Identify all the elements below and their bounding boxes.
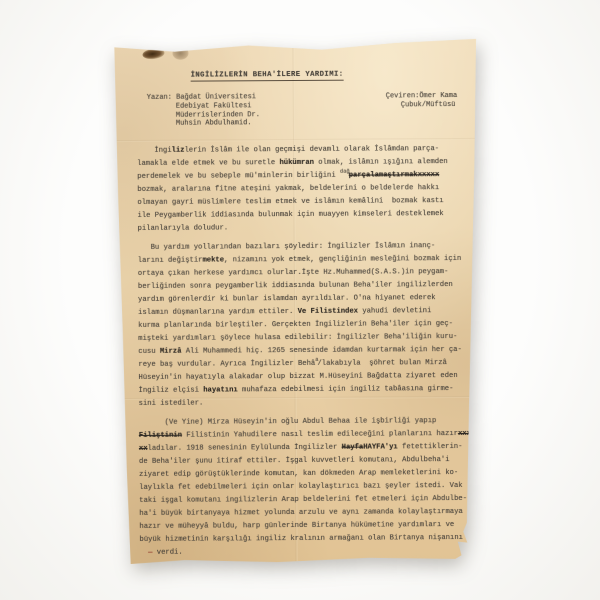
text-segment: Filistinin Yahudilere nasıl teslim edile… [182, 430, 458, 440]
corrected-text: parçalamaştırmakxxxxx [349, 171, 440, 180]
text-segment: İngiliz elçisi [139, 387, 204, 395]
corrected-text: Mirzâ [160, 348, 182, 356]
author-line: Muhsin Abdulhamid. [176, 120, 260, 129]
text-segment: yahudi devletini [358, 307, 431, 315]
text-segment: fetettiklerin- [398, 443, 463, 451]
text-segment: taki işgal komutanı ingilizlerin Arap be… [139, 495, 467, 505]
red-pencil-mark: — [140, 549, 157, 557]
text-line: — verdi. [139, 545, 473, 560]
corrected-text: Filiştinin [139, 432, 182, 440]
text-segment: kurma planlarında birleştiler. Gerçekten… [138, 320, 453, 330]
text-segment: berliğinden sonra peygamberlik iddiasınd… [138, 281, 453, 291]
text-segment: lamakla elde etmek ve bu suretle [137, 159, 279, 168]
text-segment: büyük hizmetinin karşılığı ingiliz kralı… [139, 534, 463, 544]
text-line: İngiliz elçisi hayatını muhafaza edebilm… [139, 383, 473, 398]
corrected-text: Hayfa [342, 444, 364, 452]
text-segment: Hüseyin'in hayatıyla alakadar olup bizza… [138, 372, 457, 382]
text-segment: Bu yardım yollarından bazıları şöyledir:… [138, 242, 436, 252]
text-segment: bozmak, aralarına fitne ateşini yakmak, … [137, 184, 439, 194]
author-block: Yazan: Bağdat Üniversitesi Edebiyat Fakü… [147, 93, 260, 129]
text-segment: islamın düşmanlarına yardım ettiler. [138, 308, 298, 317]
author-line: Yazan: Bağdat Üniversitesi [147, 93, 260, 102]
text-line: pilanlarıyla doludur. [138, 221, 472, 236]
text-segment: pilanlarıyla doludur. [138, 224, 229, 233]
text-segment: reye baş vurdular. Ayrıca İngilizler Beh… [138, 360, 315, 369]
text-segment: muhafaza edebilmesi için ingiliz tabâası… [238, 385, 454, 394]
translator-line: Çubuk/Müftüsü [401, 101, 457, 110]
corrected-text: xx [139, 445, 148, 453]
text-segment: ortaya çıkan herkese yardımcı olurlar.İş… [138, 268, 449, 278]
text-segment: yardım görenlerdir ki bunlar islamdan ay… [138, 294, 436, 304]
corrected-text: xxx [458, 430, 471, 438]
translator-block: Çeviren:Ömer Kama Çubuk/Müftüsü [386, 92, 458, 110]
text-segment: laylıkla fet edebilmeleri için onlar kol… [139, 482, 463, 492]
text-segment: , nizamını yok etmek, gençliğinin mesleğ… [224, 255, 461, 264]
text-segment: cusu [138, 348, 160, 356]
text-segment: (Ve Yine) Mirza Hüseyin'in oğlu Abdul Be… [139, 417, 437, 427]
corrected-text: a [315, 354, 318, 367]
text-segment: perdemelek ve bu sebeple mü'minlerin bir… [137, 172, 340, 181]
paragraph: İngilizlerin İslâm ile olan geçmişi deva… [137, 143, 472, 236]
text-segment: /lakabıyla şöhret bulan Mirzâ [317, 359, 446, 368]
document-body: İngilizlerin İslâm ile olan geçmişi deva… [137, 143, 474, 560]
text-segment: ha'i büyük birtanyaya hizmet yolunda arz… [139, 508, 463, 518]
text-segment: larını değiştir [138, 257, 203, 265]
translator-line: Çeviren:Ömer Kama [386, 92, 457, 101]
text-segment: mişteki yardımları şöylece hulasa edileb… [138, 333, 457, 343]
text-segment: lerin İslâm ile olan geçmişi devamlı ola… [185, 145, 440, 155]
text-line: ile Peygamberlik iddiasında bulunmak içi… [137, 208, 471, 223]
text-segment: İngi [137, 147, 172, 155]
corrected-text: liz [172, 147, 185, 155]
corrected-text: HAYFA'yı [363, 443, 398, 451]
corrected-text: mekte [202, 256, 224, 264]
text-segment: hazır ve müheyyâ buldu, harp günlerinde … [139, 521, 454, 531]
text-segment: olmayan gayri müslimlere teslim etmek ve… [137, 197, 443, 207]
text-segment: ile Peygamberlik iddiasında bulunmak içi… [137, 210, 443, 220]
text-segment: verdi. [157, 549, 183, 557]
text-line: büyük hizmetinin karşılığı ingiliz kralı… [139, 532, 473, 547]
corrected-text: Ve Filistindex [298, 308, 358, 316]
text-segment: Ali Muhammedi hiç. 1265 senesinde idamda… [181, 346, 461, 356]
text-segment: sini istediler. [139, 400, 204, 408]
paragraph: (Ve Yine) Mirza Hüseyin'in oğlu Abdul Be… [139, 415, 474, 560]
text-segment: ladılar. 1918 senesinin Eylülunda İngili… [148, 444, 342, 453]
author-line: Edebiyat Fakültesi [176, 102, 260, 111]
staple-stain-right [172, 47, 188, 60]
text-segment: olmak, islâmın ışığını alemden [314, 158, 448, 167]
corrected-text: dağ [340, 166, 350, 179]
corrected-text: hükümran [279, 159, 314, 167]
page-title: İNGİLİZLERİN BEHA'İLERE YARDIMI: [191, 71, 344, 82]
staple-stain-left [142, 48, 165, 60]
paper-wrapper: İNGİLİZLERİN BEHA'İLERE YARDIMI: Yazan: … [108, 39, 479, 564]
paragraph: Bu yardım yollarından bazıları şöyledir:… [138, 240, 473, 411]
document-page: İNGİLİZLERİN BEHA'İLERE YARDIMI: Yazan: … [108, 39, 479, 564]
text-segment: de Beha'iler şunu itiraf ettiler. İşgal … [139, 456, 450, 466]
text-line: sini istediler. [139, 396, 473, 411]
corrected-text: hayatını [203, 386, 238, 394]
text-segment: ziyaret edip görüştüklerinde komutan, ka… [139, 469, 458, 479]
